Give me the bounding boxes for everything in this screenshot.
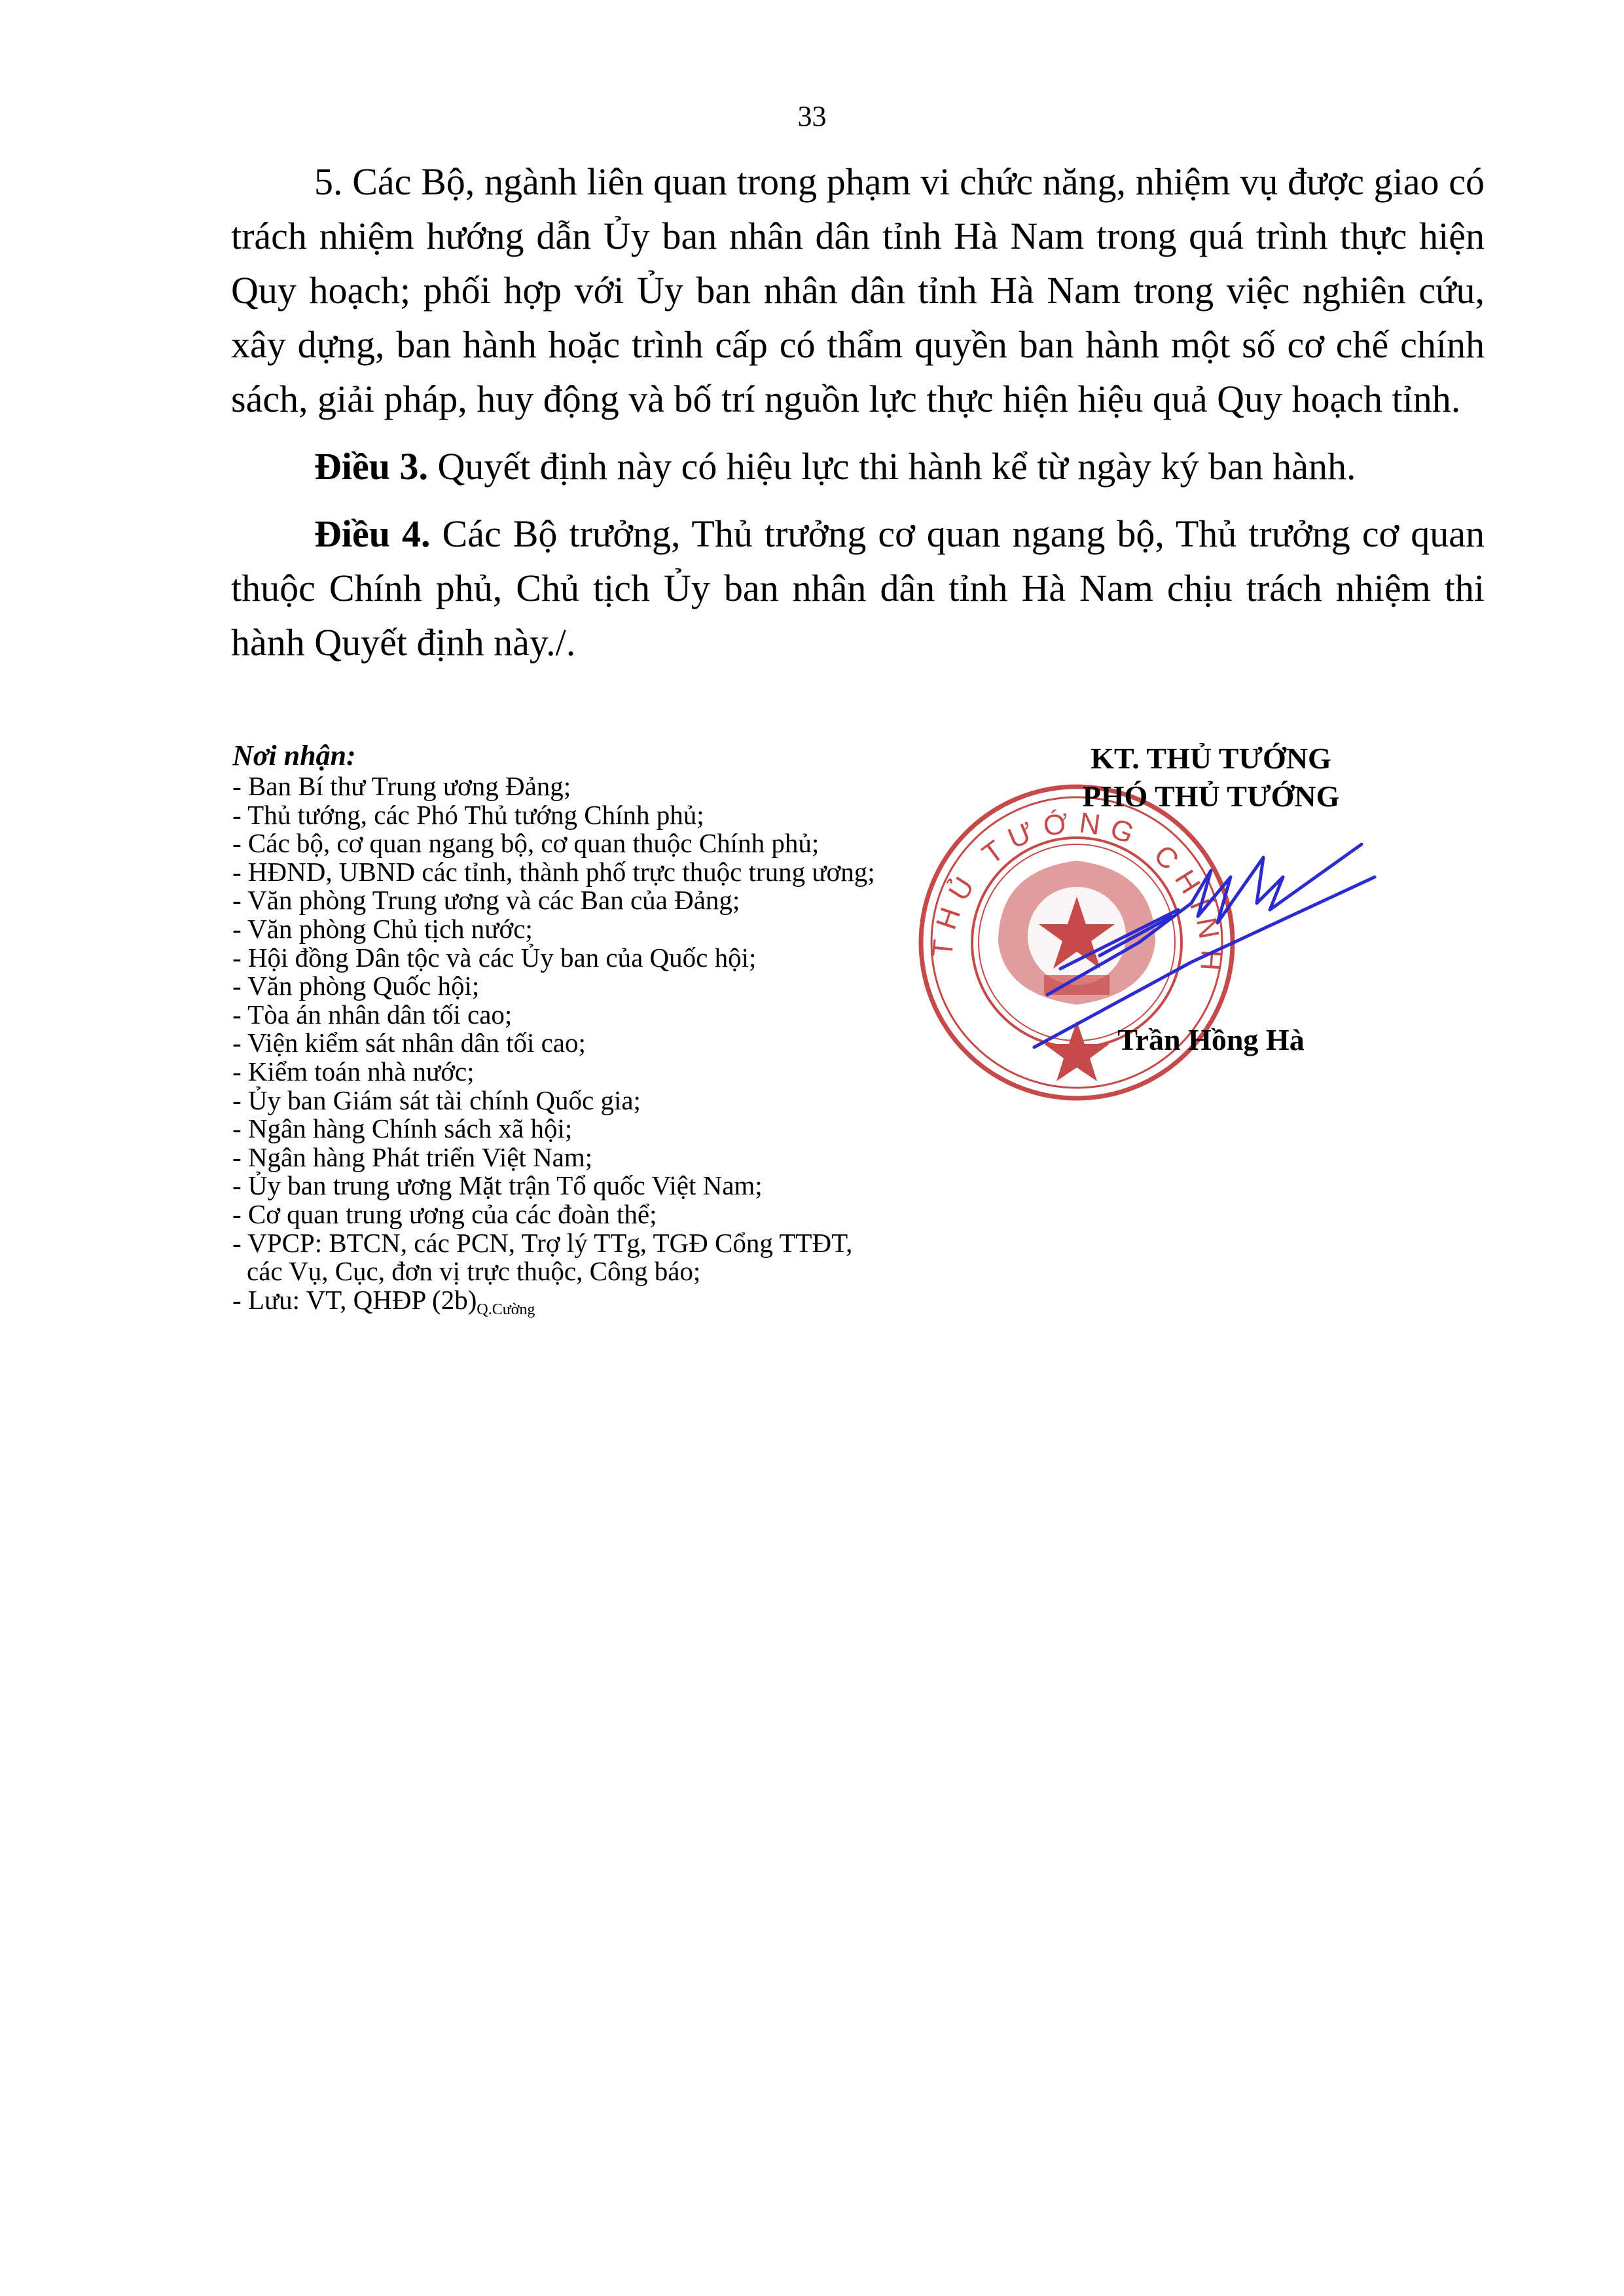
recipient-item: - Văn phòng Trung ương và các Ban của Đả…: [232, 886, 1018, 915]
recipient-item-archive: - Lưu: VT, QHĐP (2b)Q.Cường: [232, 1286, 1018, 1325]
document-body: 5. Các Bộ, ngành liên quan trong phạm vi…: [231, 154, 1485, 670]
recipient-item: - Hội đồng Dân tộc và các Ủy ban của Quố…: [232, 944, 1018, 973]
handwritten-signature-icon: [1021, 831, 1388, 1080]
article-label: Điều 3.: [314, 445, 428, 488]
recipient-item: - Thủ tướng, các Phó Thủ tướng Chính phủ…: [232, 801, 1018, 830]
archive-initials: Q.Cường: [477, 1301, 535, 1318]
recipient-item: - Viện kiểm sát nhân dân tối cao;: [232, 1029, 1018, 1058]
archive-text: - Lưu: VT, QHĐP (2b): [232, 1285, 477, 1315]
recipient-item: - HĐND, UBND các tỉnh, thành phố trực th…: [232, 858, 1018, 887]
article-4: Điều 4. Các Bộ trưởng, Thủ trưởng cơ qua…: [231, 507, 1485, 670]
page-number: 33: [0, 97, 1624, 136]
recipient-item: - VPCP: BTCN, các PCN, Trợ lý TTg, TGĐ C…: [232, 1229, 1018, 1258]
paragraph-item-5: 5. Các Bộ, ngành liên quan trong phạm vi…: [231, 154, 1485, 426]
recipient-item-continuation: các Vụ, Cục, đơn vị trực thuộc, Công báo…: [232, 1257, 1018, 1286]
recipient-item: - Văn phòng Chủ tịch nước;: [232, 915, 1018, 944]
recipient-item: - Cơ quan trung ương của các đoàn thể;: [232, 1200, 1018, 1229]
signature-title-line2: PHÓ THỦ TƯỚNG: [1021, 778, 1401, 816]
recipient-item: - Ủy ban Giám sát tài chính Quốc gia;: [232, 1086, 1018, 1115]
recipient-item: - Ủy ban trung ương Mặt trận Tổ quốc Việ…: [232, 1172, 1018, 1200]
paragraph-text: 5. Các Bộ, ngành liên quan trong phạm vi…: [231, 160, 1485, 420]
recipients-list: Nơi nhận: - Ban Bí thư Trung ương Đảng; …: [232, 740, 1018, 1324]
recipient-item: - Tòa án nhân dân tối cao;: [232, 1001, 1018, 1030]
signature-title-line1: KT. THỦ TƯỚNG: [1021, 740, 1401, 778]
article-text: Quyết định này có hiệu lực thi hành kể t…: [428, 445, 1356, 488]
recipient-item: - Ngân hàng Phát triển Việt Nam;: [232, 1143, 1018, 1172]
article-3: Điều 3. Quyết định này có hiệu lực thi h…: [231, 439, 1485, 493]
signature-title: KT. THỦ TƯỚNG PHÓ THỦ TƯỚNG: [1021, 740, 1401, 816]
recipient-item: - Các bộ, cơ quan ngang bộ, cơ quan thuộ…: [232, 829, 1018, 858]
recipient-item: - Văn phòng Quốc hội;: [232, 972, 1018, 1001]
recipients-heading: Nơi nhận:: [232, 740, 1018, 772]
article-label: Điều 4.: [314, 512, 431, 555]
recipient-item: - Ngân hàng Chính sách xã hội;: [232, 1115, 1018, 1143]
recipient-item: - Ban Bí thư Trung ương Đảng;: [232, 772, 1018, 801]
recipient-item: - Kiểm toán nhà nước;: [232, 1058, 1018, 1086]
